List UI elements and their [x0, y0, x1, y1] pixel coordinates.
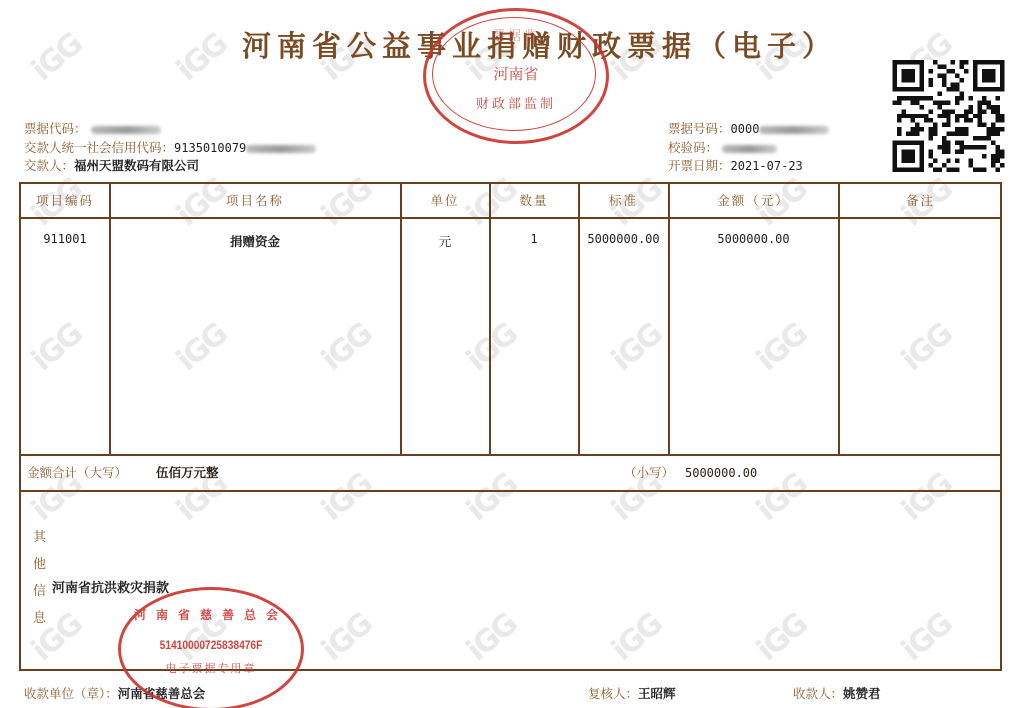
cell-amount: 5000000.00 [669, 232, 838, 246]
reviewer-line: 复核人：王昭辉 [588, 684, 676, 702]
cell-item-name: 捐赠资金 [110, 232, 400, 250]
issue-date-label: 开票日期： [668, 158, 731, 173]
total-row: 金额合计（大写） 伍佰万元整 （小写） 5000000.00 [21, 455, 1000, 491]
header-unit: 单位 [401, 184, 489, 218]
bill-code-label: 票据代码： [24, 121, 87, 136]
bill-table: 项目编码 项目名称 单位 数量 标准 金额（元） 备注 911001 捐赠资金 … [19, 182, 1002, 671]
document-title: 河南省公益事业捐赠财政票据（电子） [242, 24, 837, 65]
payer-credit-code-line: 交款人统一社会信用代码：9135010079 [24, 138, 316, 156]
cell-unit: 元 [401, 232, 489, 250]
cell-item-code: 911001 [21, 232, 109, 246]
bill-number-value: 0000 [731, 122, 760, 136]
header-amount: 金额（元） [669, 184, 838, 218]
receiving-unit-value: 河南省慈善总会 [118, 686, 206, 701]
bill-number-redacted [759, 126, 829, 134]
bill-code-redacted [91, 126, 161, 134]
payee-line: 收款人：姚赞君 [793, 684, 881, 702]
watermark: iGG [25, 27, 89, 88]
total-lowercase-label: （小写） [624, 455, 674, 491]
header-standard: 标准 [579, 184, 668, 218]
receiving-unit-label: 收款单位（章）： [24, 686, 118, 701]
other-info-label: 其他信息 [33, 524, 47, 632]
other-info-content: 河南省抗洪救灾捐款 [52, 577, 169, 596]
check-code-line: 校验码： [668, 138, 777, 156]
seal-middle-text: 河南省 [426, 63, 606, 84]
cell-standard: 5000000.00 [579, 232, 668, 246]
payer-credit-code-redacted [246, 145, 316, 153]
payer-line: 交款人：福州天盟数码有限公司 [24, 156, 199, 174]
bill-number-label: 票据号码： [668, 121, 731, 136]
header-remark: 备注 [839, 184, 1002, 218]
reviewer-label: 复核人： [588, 686, 638, 701]
watermark: iGG [170, 27, 234, 88]
issue-date-value: 2021-07-23 [731, 159, 803, 173]
payer-value: 福州天盟数码有限公司 [74, 158, 199, 173]
header-item-code: 项目编码 [21, 184, 109, 218]
reviewer-value: 王昭辉 [638, 686, 676, 701]
total-uppercase-label: 金额合计（大写） [27, 455, 127, 491]
cell-quantity: 1 [490, 232, 578, 246]
check-code-redacted [722, 145, 777, 153]
bill-code-line: 票据代码： [24, 119, 161, 137]
qr-code-icon[interactable] [891, 60, 1006, 172]
payee-label: 收款人： [793, 686, 843, 701]
bill-number-line: 票据号码：0000 [668, 119, 829, 137]
total-lowercase-value: 5000000.00 [685, 455, 757, 491]
check-code-label: 校验码： [668, 140, 718, 155]
header-item-name: 项目名称 [110, 184, 400, 218]
issue-date-line: 开票日期：2021-07-23 [668, 156, 803, 174]
payer-credit-code-label: 交款人统一社会信用代码： [24, 140, 174, 155]
header-quantity: 数量 [490, 184, 578, 218]
payer-label: 交款人： [24, 158, 74, 173]
payee-value: 姚赞君 [843, 686, 881, 701]
seal-bottom-text: 财政部监制 [426, 93, 606, 112]
receiving-unit-line: 收款单位（章）：河南省慈善总会 [24, 684, 205, 702]
total-uppercase-value: 伍佰万元整 [156, 455, 219, 491]
payer-credit-code-value: 9135010079 [174, 141, 246, 155]
